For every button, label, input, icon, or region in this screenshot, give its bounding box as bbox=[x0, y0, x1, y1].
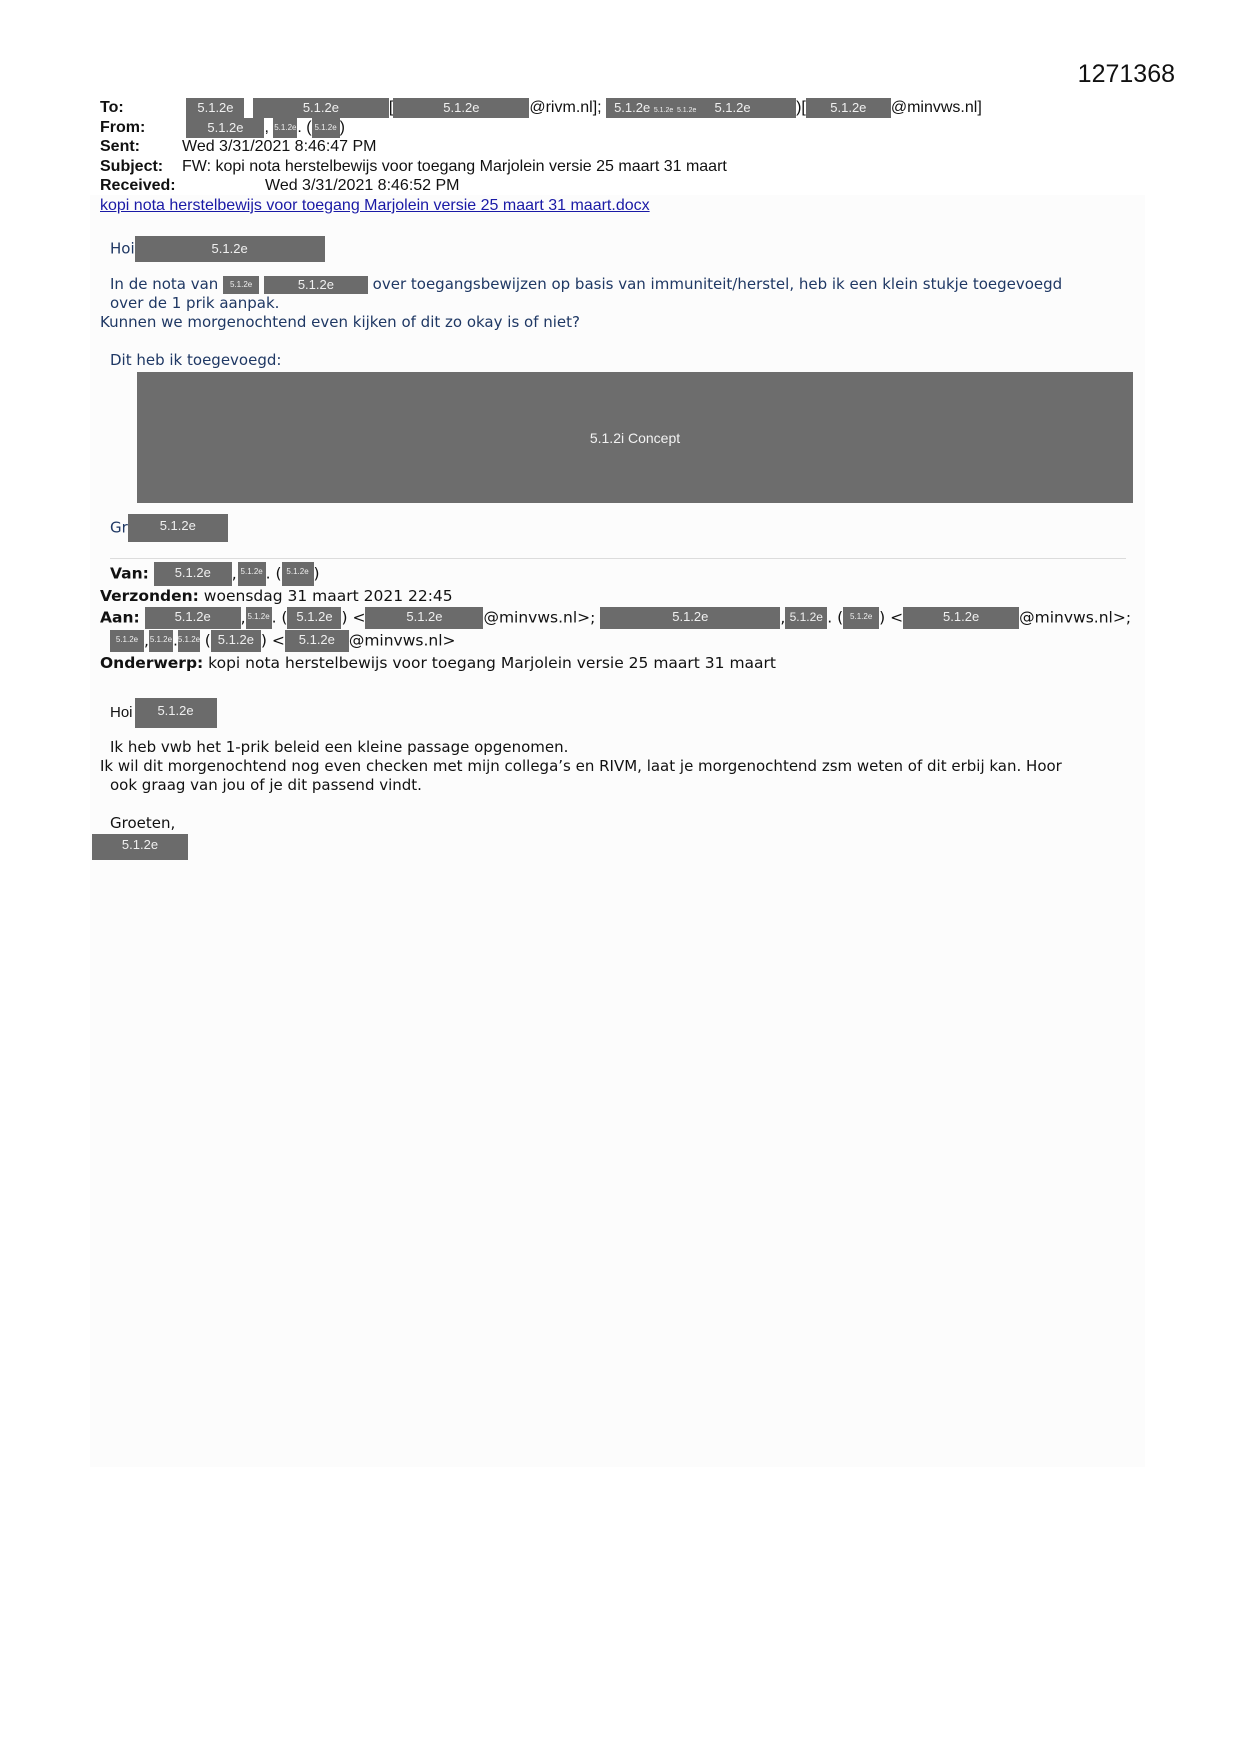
text: In de nota van bbox=[110, 275, 218, 293]
redaction-text: 5.1.2e bbox=[654, 107, 673, 114]
verzonden-label: Verzonden: bbox=[100, 587, 199, 605]
sent-row: Sent:Wed 3/31/2021 8:46:47 PM bbox=[100, 137, 982, 157]
subject-row: Subject:FW: kopi nota herstelbewijs voor… bbox=[100, 157, 982, 177]
redaction: 5.1.2e bbox=[785, 607, 827, 629]
redaction-text: 5.1.2e bbox=[614, 100, 650, 115]
redaction: 5.1.2e bbox=[264, 276, 368, 294]
onderwerp-value: kopi nota herstelbewijs voor toegang Mar… bbox=[208, 654, 776, 672]
redaction: 5.1.2e bbox=[211, 630, 261, 652]
text: over toegangsbewijzen op basis van immun… bbox=[373, 275, 1063, 293]
attachment-row: kopi nota herstelbewijs voor toegang Mar… bbox=[100, 196, 982, 216]
redaction: 5.1.2e bbox=[135, 698, 217, 728]
greeting-text: Hoi bbox=[110, 240, 135, 258]
sent-value: Wed 3/31/2021 8:46:47 PM bbox=[182, 138, 377, 155]
redaction: 5.1.2e bbox=[365, 607, 483, 629]
added-label: Dit heb ik toegevoegd: bbox=[110, 351, 281, 369]
divider bbox=[110, 558, 1126, 559]
to-label: To: bbox=[100, 98, 182, 118]
paragraph-line: over de 1 prik aanpak. bbox=[110, 294, 279, 312]
received-value: Wed 3/31/2021 8:46:52 PM bbox=[265, 177, 460, 194]
redaction: 5.1.2e bbox=[903, 607, 1019, 629]
greeting-text: Hoi bbox=[110, 704, 133, 721]
redaction: 5.1.2e bbox=[806, 98, 891, 118]
redaction: 5.1.2e bbox=[287, 607, 341, 629]
signoff-text: Gr bbox=[110, 519, 128, 537]
from-row: From: 5.1.2e, 5.1.2e. (5.1.2e) bbox=[100, 118, 982, 138]
onderwerp-label: Onderwerp: bbox=[100, 654, 203, 672]
redaction-text: 5.1.2e bbox=[714, 100, 750, 115]
redaction: 5.1.2e bbox=[312, 118, 340, 138]
redaction: 5.1.2e bbox=[145, 607, 241, 629]
verzonden-value: woensdag 31 maart 2021 22:45 bbox=[204, 587, 453, 605]
redaction: 5.1.2e bbox=[186, 118, 264, 138]
redaction: 5.1.2e bbox=[186, 98, 244, 118]
from-label: From: bbox=[100, 118, 182, 138]
redaction: 5.1.2e bbox=[238, 562, 266, 586]
closing: Groeten, bbox=[110, 814, 175, 832]
redaction: 5.1.2e bbox=[282, 562, 314, 586]
redaction: 5.1.2e bbox=[149, 630, 173, 652]
email-header: To: 5.1.2e 5.1.2e[5.1.2e@rivm.nl]; 5.1.2… bbox=[100, 98, 982, 215]
redaction: 5.1.2e bbox=[843, 607, 879, 629]
attachment-link[interactable]: kopi nota herstelbewijs voor toegang Mar… bbox=[100, 197, 650, 214]
redaction: 5.1.2e bbox=[154, 562, 232, 586]
greeting: Hoi5.1.2e bbox=[110, 236, 325, 262]
concept-redaction-block: 5.1.2i Concept bbox=[137, 372, 1133, 503]
received-row: Received:Wed 3/31/2021 8:46:52 PM bbox=[100, 176, 982, 196]
paragraph-line: ook graag van jou of je dit passend vind… bbox=[110, 776, 422, 794]
van-label: Van: bbox=[110, 565, 149, 583]
minvws-domain: @minvws.nl] bbox=[891, 99, 982, 116]
redaction: 5.1.2e bbox=[178, 630, 200, 652]
bracket-text: )[ bbox=[796, 99, 806, 116]
redaction: 5.1.2e bbox=[600, 607, 780, 629]
signoff: Gr5.1.2e bbox=[110, 514, 228, 542]
paragraph-line: In de nota van 5.1.2e 5.1.2e over toegan… bbox=[110, 275, 1062, 294]
redaction: 5.1.2e bbox=[110, 630, 144, 652]
forwarded-greeting: Hoi5.1.2e bbox=[110, 698, 217, 728]
paragraph-line: Ik heb vwb het 1-prik beleid een kleine … bbox=[110, 738, 568, 756]
sent-label: Sent: bbox=[100, 137, 182, 157]
redaction: 5.1.2e bbox=[128, 514, 228, 542]
redaction: 5.1.2e bbox=[223, 276, 259, 294]
document-number: 1271368 bbox=[1078, 60, 1175, 89]
redaction: 5.1.2e bbox=[273, 118, 297, 138]
redaction-group: 5.1.2e 5.1.2e 5.1.2e 5.1.2e bbox=[606, 98, 796, 118]
redaction: 5.1.2e bbox=[92, 834, 188, 860]
paragraph-line: Ik wil dit morgenochtend nog even checke… bbox=[100, 757, 1062, 775]
redaction: 5.1.2e bbox=[393, 98, 529, 118]
redaction-text: 5.1.2e bbox=[677, 107, 696, 114]
onderwerp-row: Onderwerp: kopi nota herstelbewijs voor … bbox=[100, 654, 776, 672]
email-domain: @minvws.nl>; bbox=[483, 609, 595, 627]
rivm-domain: @rivm.nl]; bbox=[529, 99, 601, 116]
received-label: Received: bbox=[100, 176, 265, 196]
signature-redaction: 5.1.2e bbox=[92, 834, 188, 860]
email-domain: @minvws.nl>; bbox=[1019, 609, 1131, 627]
redaction: 5.1.2e bbox=[246, 607, 272, 629]
aan-row: Aan: 5.1.2e,5.1.2e. (5.1.2e) <5.1.2e@min… bbox=[100, 607, 1131, 629]
separator-text: ) bbox=[340, 119, 345, 136]
aan-label: Aan: bbox=[100, 609, 140, 627]
paragraph-line: Kunnen we morgenochtend even kijken of d… bbox=[100, 313, 580, 331]
van-row: Van: 5.1.2e, 5.1.2e. (5.1.2e) bbox=[110, 562, 320, 586]
redaction: 5.1.2e bbox=[253, 98, 389, 118]
separator-text: , bbox=[264, 119, 268, 136]
separator-text: . ( bbox=[297, 119, 311, 136]
redaction: 5.1.2e bbox=[135, 236, 325, 262]
email-domain: @minvws.nl> bbox=[349, 632, 456, 650]
aan-row-continued: 5.1.2e,5.1.2e.5.1.2e (5.1.2e) <5.1.2e@mi… bbox=[110, 630, 456, 652]
redaction: 5.1.2e bbox=[285, 630, 349, 652]
subject-label: Subject: bbox=[100, 157, 182, 177]
subject-value: FW: kopi nota herstelbewijs voor toegang… bbox=[182, 158, 727, 175]
to-row: To: 5.1.2e 5.1.2e[5.1.2e@rivm.nl]; 5.1.2… bbox=[100, 98, 982, 118]
verzonden-row: Verzonden: woensdag 31 maart 2021 22:45 bbox=[100, 587, 453, 605]
